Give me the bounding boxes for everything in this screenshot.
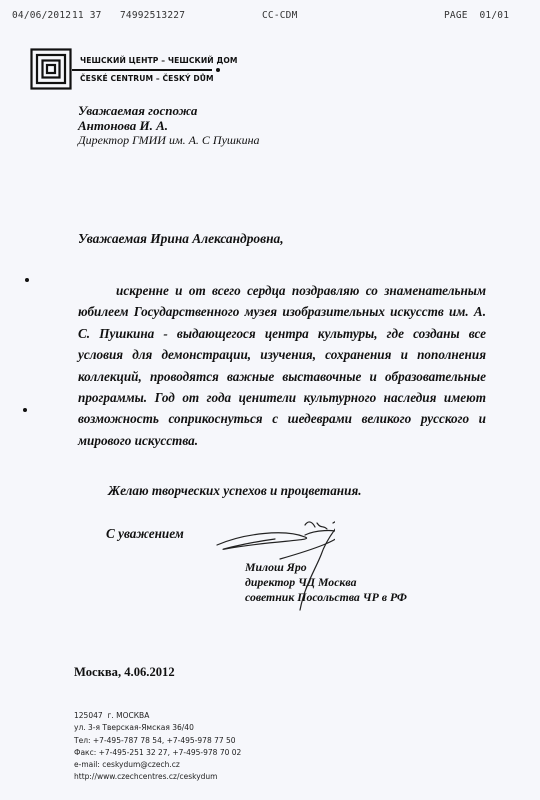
square-spiral-icon: [30, 48, 72, 90]
closing-regards: С уважением: [106, 526, 184, 542]
recipient-name: Антонова И. А.: [78, 118, 168, 134]
place-date: Москва, 4.06.2012: [74, 665, 175, 680]
footer-contacts: 125047 г. МОСКВА ул. 3-я Тверская-Ямская…: [74, 710, 241, 784]
fax-sender: CC-CDM: [262, 10, 298, 21]
body-paragraph: искренне и от всего сердца поздравляю со…: [78, 280, 486, 451]
footer-phone: Тел: +7-495-787 78 54, +7-495-978 77 50: [74, 735, 241, 747]
footer-fax: Факс: +7-495-251 32 27, +7-495-978 70 02: [74, 747, 241, 759]
salutation: Уважаемая Ирина Александровна,: [78, 231, 284, 247]
margin-dot: [25, 278, 29, 282]
fax-page: PAGE 01/01: [444, 10, 509, 21]
fax-number: 74992513227: [120, 10, 185, 21]
signer-position: советник Посольства ЧР в РФ: [245, 590, 407, 605]
margin-dot: [23, 408, 27, 412]
signer-name: Милош Яро: [245, 560, 307, 575]
letterhead-divider: [72, 69, 212, 71]
fax-date: 04/06/2012: [12, 10, 71, 21]
letterhead-czech: ČESKÉ CENTRUM – ČESKÝ DŮM: [80, 74, 214, 83]
fax-time: 11 37: [72, 10, 102, 21]
letterhead-dot: [216, 68, 220, 72]
footer-email[interactable]: e-mail: ceskydum@czech.cz: [74, 759, 241, 771]
recipient-title: Директор ГМИИ им. А. С Пушкина: [78, 133, 260, 148]
signer-title: директор ЧД Москва: [245, 575, 357, 590]
recipient-greeting: Уважаемая госпожа: [78, 103, 197, 119]
wish-line: Желаю творческих успехов и процветания.: [108, 483, 362, 499]
letter-body: искренне и от всего сердца поздравляю со…: [78, 280, 486, 451]
footer-postal: 125047 г. МОСКВА: [74, 710, 241, 722]
letterhead-russian: ЧЕШСКИЙ ЦЕНТР – ЧЕШСКИЙ ДОМ: [80, 56, 238, 65]
footer-website[interactable]: http://www.czechcentres.cz/ceskydum: [74, 771, 241, 783]
footer-street: ул. 3-я Тверская-Ямская 36/40: [74, 722, 241, 734]
